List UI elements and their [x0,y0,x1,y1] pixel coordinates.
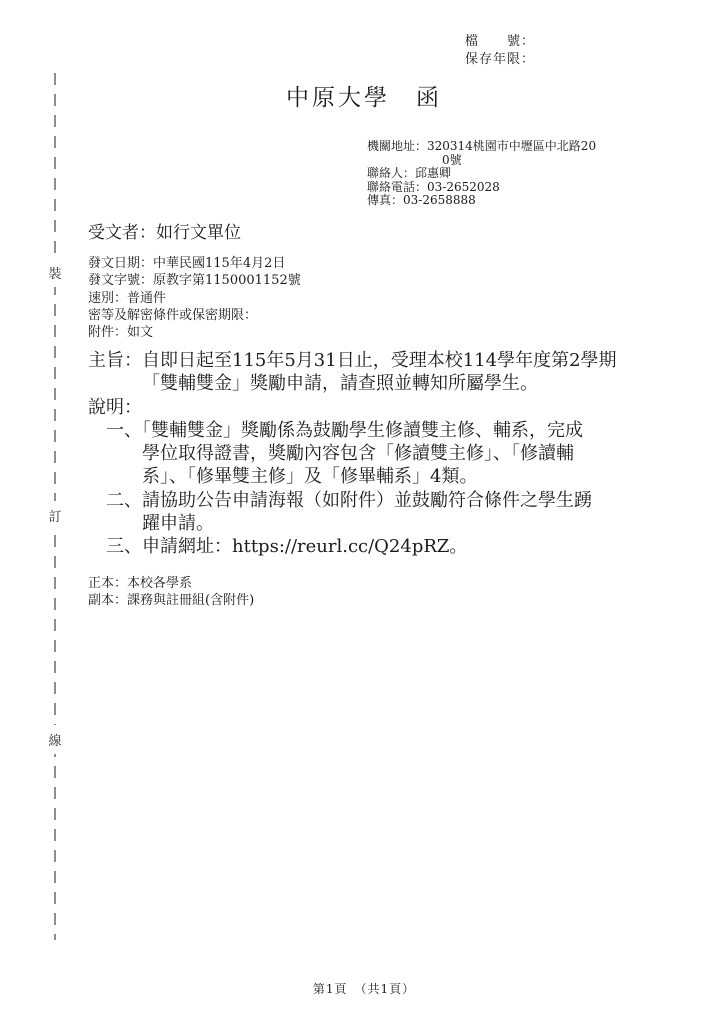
official-letter-page: 裝 訂 線 檔 號： 保存年限： 中原大學 函 機關地址：320314桃園市中壢… [0,0,728,1030]
item3-label: 申請網址： [142,536,232,557]
recipient-line: 受文者：如行文單位 [88,218,241,243]
sender-contact-person: 聯絡人：邱惠卿 [367,167,596,181]
item3-period: 。 [449,536,467,557]
sender-phone: 聯絡電話：03-2652028 [367,181,596,195]
attachment-line: 附件：如文 [88,324,301,341]
letter-body: 主旨：自即日起至115年5月31日止，受理本校114學年度第2學期 「雙輔雙金」… [0,349,728,559]
binding-mark-zhuang: 裝 [42,258,68,287]
explanation-item2-line1: 二、請協助公告申請海報（如附件）並鼓勵符合條件之學生踴 [0,489,728,512]
subject-text-line1: 自即日起至115年5月31日止，受理本校114學年度第2學期 [142,350,617,371]
explanation-item2-line2: 躍申請。 [0,512,728,535]
item2-number: 二、 [106,490,142,511]
file-number-label: 檔 號： [465,33,535,51]
explanation-item1-line1: 一、「雙輔雙金」獎勵係為鼓勵學生修讀雙主修、輔系，完成 [0,419,728,442]
retention-period-label: 保存年限： [465,51,535,69]
cc-copy-line: 副本：課務與註冊組(含附件) [88,592,254,609]
doc-number-line: 發文字號：原教字第1150001152號 [88,272,301,289]
priority-line: 速別：普通件 [88,290,301,307]
page-number-footer: 第1頁 （共1頁） [0,980,728,997]
subject-line-2: 「雙輔雙金」獎勵申請，請查照並轉知所屬學生。 [0,372,728,395]
explanation-item3-line1: 三、申請網址：https://reurl.cc/Q24pRZ。 [0,535,728,558]
copies-block: 正本：本校各學系 副本：課務與註冊組(含附件) [88,575,254,609]
subject-line-1: 主旨：自即日起至115年5月31日止，受理本校114學年度第2學期 [0,349,728,372]
binding-mark-xian: 線 [42,725,68,754]
sender-address-line2: 0號 [367,154,596,168]
explanation-item1-line3: 系」、「修畢雙主修」及「修畢輔系」4類。 [0,465,728,488]
security-line: 密等及解密條件或保密期限： [88,307,301,324]
application-url-link[interactable]: https://reurl.cc/Q24pRZ [232,536,449,557]
binding-mark-ding: 訂 [42,501,68,530]
issue-date-line: 發文日期：中華民國115年4月2日 [88,255,301,272]
document-title: 中原大學 函 [0,79,728,112]
document-meta-block: 發文日期：中華民國115年4月2日 發文字號：原教字第1150001152號 速… [88,255,301,341]
sender-contact-block: 機關地址：320314桃園市中壢區中北路20 0號 聯絡人：邱惠卿 聯絡電話：0… [367,140,596,208]
explanation-item1-line2: 學位取得證書，獎勵內容包含「修讀雙主修」、「修讀輔 [0,442,728,465]
item2-text-line1: 請協助公告申請海報（如附件）並鼓勵符合條件之學生踴 [142,490,592,511]
sender-address-line1: 機關地址：320314桃園市中壢區中北路20 [367,140,596,154]
original-copy-line: 正本：本校各學系 [88,575,254,592]
item1-text-line1: 「雙輔雙金」獎勵係為鼓勵學生修讀雙主修、輔系，完成 [142,420,583,441]
explanation-label: 說明： [0,396,728,419]
item3-number: 三、 [106,536,142,557]
subject-label: 主旨： [88,350,142,371]
sender-fax: 傳真：03-2658888 [367,194,596,208]
file-number-block: 檔 號： 保存年限： [465,33,535,69]
item1-number: 一、 [106,420,142,441]
